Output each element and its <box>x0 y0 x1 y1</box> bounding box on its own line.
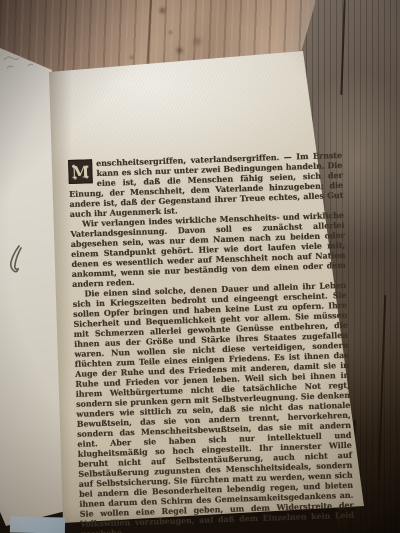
pencil-marginalia <box>2 52 42 80</box>
wood-knots <box>0 0 1 1</box>
body-paragraph-1: Menschheitsergriffen, vaterlandsergriffe… <box>68 150 344 219</box>
ink-flourish-marginalia <box>3 244 25 274</box>
body-text: Menschheitsergriffen, vaterlandsergriffe… <box>68 150 354 533</box>
paragraph-text: enschheitsergriffen, vaterlandsergriffen… <box>69 150 344 219</box>
ornamental-initial: M <box>68 159 93 184</box>
body-paragraph-3: Die einen sind solche, denen Dauer und a… <box>72 280 354 533</box>
blue-paper-scrap <box>10 517 65 533</box>
photo-of-pamphlet: Menschheitsergriffen, vaterlandsergriffe… <box>0 0 400 533</box>
body-paragraph-2: Wir verlangen indes wirkliche Menschheit… <box>70 210 346 289</box>
